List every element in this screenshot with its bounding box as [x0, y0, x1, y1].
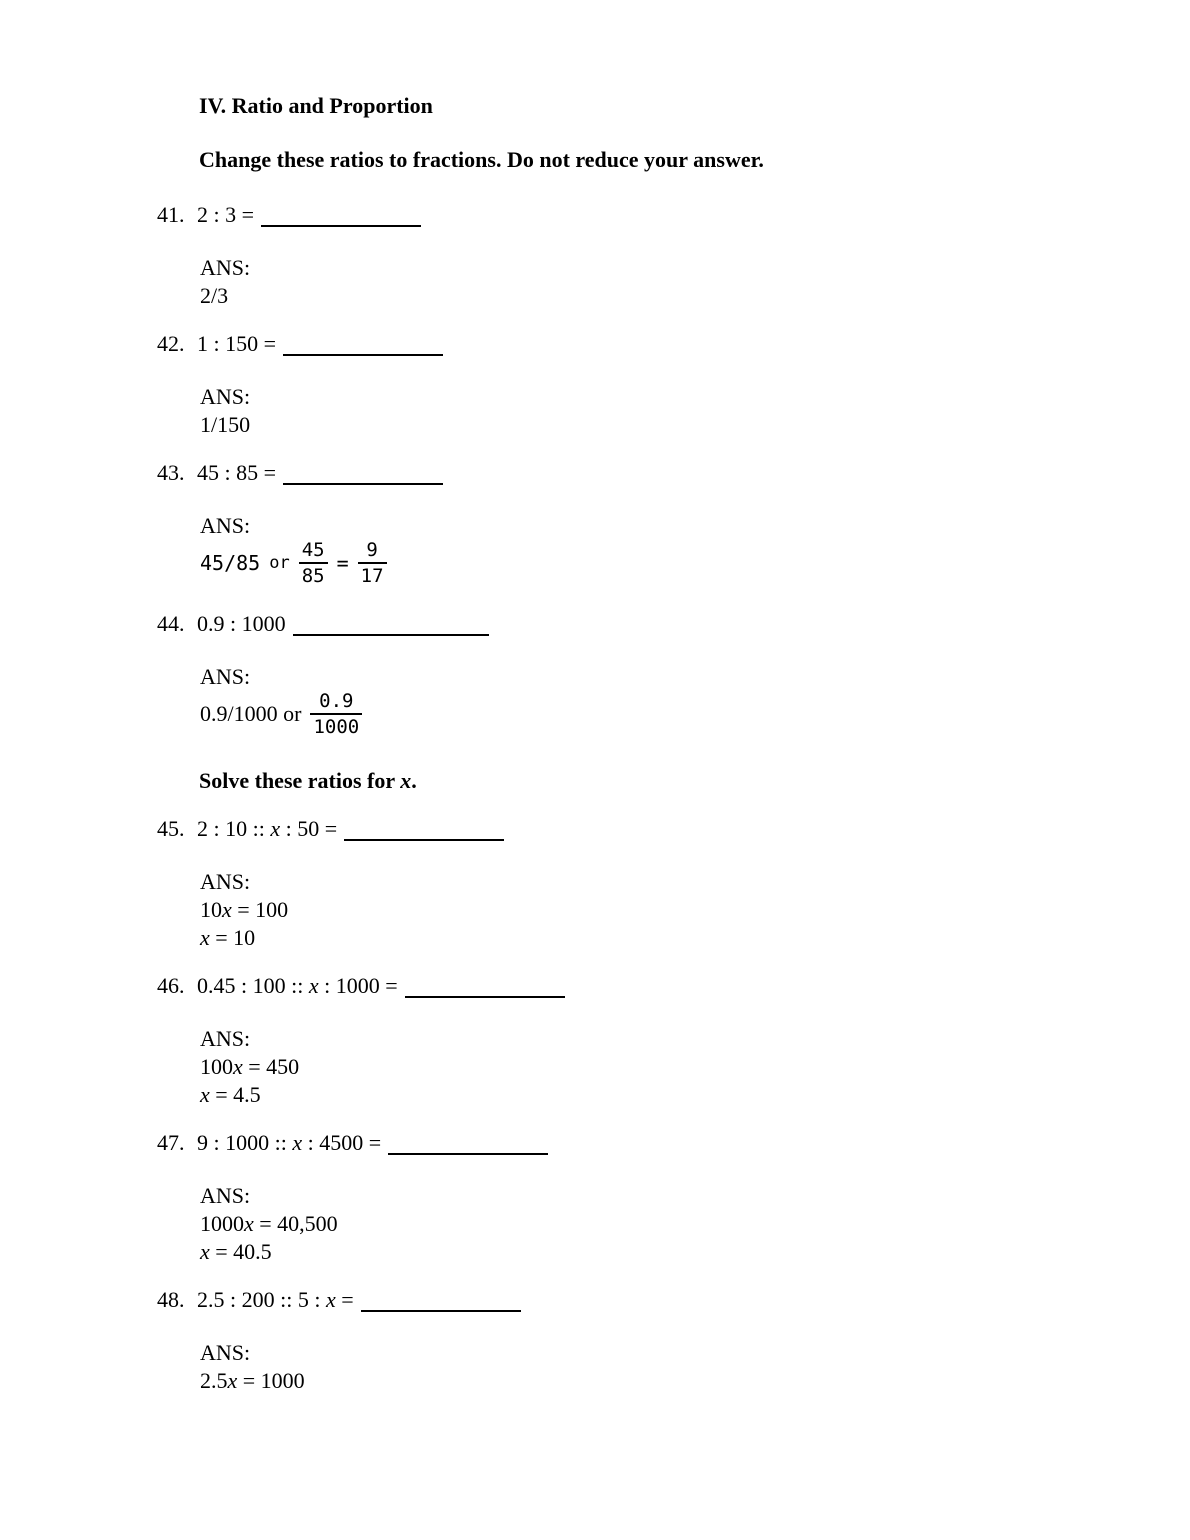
- answer-value: 2.5: [200, 1368, 228, 1393]
- variable-x: x: [200, 1082, 210, 1107]
- question-number: 48.: [157, 1286, 197, 1314]
- variable-x: x: [292, 1130, 302, 1155]
- question-text: 2 : 3 =: [197, 201, 421, 229]
- answer-value: 2/3: [200, 283, 228, 308]
- fraction: 0.91000: [310, 690, 362, 738]
- variable-x: x: [309, 973, 319, 998]
- question-43: 43. 45 : 85 =: [157, 459, 1110, 487]
- fraction-denominator: 85: [299, 564, 328, 587]
- question-41: 41. 2 : 3 =: [157, 201, 1110, 229]
- question-text: 9 : 1000 :: x : 4500 =: [197, 1129, 548, 1157]
- answer-blank: [261, 207, 421, 227]
- question-44: 44. 0.9 : 1000: [157, 610, 1110, 638]
- question-expression: 0.45 : 100 ::: [197, 973, 309, 998]
- fraction: 917: [358, 539, 387, 587]
- question-number: 42.: [157, 330, 197, 358]
- answer-equation: 45/85 or 4585 = 917: [200, 536, 1110, 590]
- question-number: 43.: [157, 459, 197, 487]
- answer-blank: [388, 1135, 548, 1155]
- answer-block-41: ANS: 2/3: [200, 254, 1110, 310]
- fraction-denominator: 1000: [310, 715, 362, 738]
- answer-blank: [344, 821, 504, 841]
- question-42: 42. 1 : 150 =: [157, 330, 1110, 358]
- answer-value: = 1000: [237, 1368, 304, 1393]
- answer-line: x = 10: [200, 924, 1110, 952]
- question-expression: : 50 =: [280, 816, 337, 841]
- ans-label: ANS:: [200, 383, 1110, 411]
- answer-blank: [283, 465, 443, 485]
- fraction-denominator: 17: [358, 564, 387, 587]
- answer-value: = 450: [243, 1054, 299, 1079]
- answer-line: 100x = 450: [200, 1053, 1110, 1081]
- answer-equation: 0.9/1000 or 0.91000: [200, 687, 1110, 741]
- answer-blank: [361, 1292, 521, 1312]
- question-expression: =: [336, 1287, 354, 1312]
- question-number: 44.: [157, 610, 197, 638]
- answer-blank: [293, 616, 489, 636]
- question-text: 45 : 85 =: [197, 459, 443, 487]
- variable-x: x: [222, 897, 232, 922]
- question-number: 47.: [157, 1129, 197, 1157]
- answer-value: = 100: [232, 897, 288, 922]
- answer-value: 10: [200, 897, 222, 922]
- answer-line: 2/3: [200, 282, 1110, 310]
- answer-value: = 10: [210, 925, 255, 950]
- answer-value: 1000: [200, 1211, 244, 1236]
- answer-value: = 40.5: [210, 1239, 272, 1264]
- question-expression: 45 : 85 =: [197, 460, 276, 485]
- question-text: 0.45 : 100 :: x : 1000 =: [197, 972, 565, 1000]
- variable-x: x: [228, 1368, 238, 1393]
- answer-block-43: ANS: 45/85 or 4585 = 917: [200, 512, 1110, 590]
- question-expression: : 4500 =: [302, 1130, 381, 1155]
- ans-label: ANS:: [200, 254, 1110, 282]
- variable-x: x: [244, 1211, 254, 1236]
- question-text: 2 : 10 :: x : 50 =: [197, 815, 504, 843]
- instruction-solve-for-x: Solve these ratios for x.: [199, 767, 1110, 795]
- answer-line: 1000x = 40,500: [200, 1210, 1110, 1238]
- variable-x: x: [400, 768, 411, 793]
- answer-block-47: ANS: 1000x = 40,500 x = 40.5: [200, 1182, 1110, 1266]
- worksheet-page: IV. Ratio and Proportion Change these ra…: [0, 0, 1190, 1395]
- variable-x: x: [200, 925, 210, 950]
- ans-label: ANS:: [200, 1025, 1110, 1053]
- section-heading: IV. Ratio and Proportion: [199, 92, 1110, 120]
- question-expression: 1 : 150 =: [197, 331, 276, 356]
- answer-block-48: ANS: 2.5x = 1000: [200, 1339, 1110, 1395]
- answer-line: 10x = 100: [200, 896, 1110, 924]
- answer-value: 100: [200, 1054, 233, 1079]
- answer-block-44: ANS: 0.9/1000 or 0.91000: [200, 663, 1110, 741]
- instruction-text: Solve these ratios for: [199, 768, 400, 793]
- answer-value: 0.9/1000 or: [200, 700, 301, 728]
- answer-value: 45/85: [200, 549, 260, 577]
- answer-block-45: ANS: 10x = 100 x = 10: [200, 868, 1110, 952]
- equals-sign: =: [337, 549, 349, 577]
- answer-line: 1/150: [200, 411, 1110, 439]
- fraction-numerator: 9: [358, 539, 387, 564]
- question-number: 41.: [157, 201, 197, 229]
- answer-value: = 4.5: [210, 1082, 261, 1107]
- question-expression: 2.5 : 200 :: 5 :: [197, 1287, 326, 1312]
- answer-block-42: ANS: 1/150: [200, 383, 1110, 439]
- variable-x: x: [270, 816, 280, 841]
- variable-x: x: [326, 1287, 336, 1312]
- fraction-numerator: 45: [299, 539, 328, 564]
- ans-label: ANS:: [200, 868, 1110, 896]
- answer-line: x = 40.5: [200, 1238, 1110, 1266]
- question-number: 45.: [157, 815, 197, 843]
- question-expression: 2 : 3 =: [197, 202, 254, 227]
- question-expression: 9 : 1000 ::: [197, 1130, 292, 1155]
- answer-line: x = 4.5: [200, 1081, 1110, 1109]
- instruction-change-ratios: Change these ratios to fractions. Do not…: [199, 146, 1110, 174]
- answer-value: 1/150: [200, 412, 250, 437]
- answer-blank: [283, 336, 443, 356]
- question-number: 46.: [157, 972, 197, 1000]
- question-47: 47. 9 : 1000 :: x : 4500 =: [157, 1129, 1110, 1157]
- question-text: 2.5 : 200 :: 5 : x =: [197, 1286, 521, 1314]
- question-expression: : 1000 =: [319, 973, 398, 998]
- answer-line: 2.5x = 1000: [200, 1367, 1110, 1395]
- question-48: 48. 2.5 : 200 :: 5 : x =: [157, 1286, 1110, 1314]
- question-expression: 0.9 : 1000: [197, 611, 286, 636]
- answer-blank: [405, 978, 565, 998]
- ans-label: ANS:: [200, 1182, 1110, 1210]
- or-text: or: [269, 549, 289, 577]
- answer-value: = 40,500: [254, 1211, 338, 1236]
- question-text: 0.9 : 1000: [197, 610, 489, 638]
- variable-x: x: [233, 1054, 243, 1079]
- answer-block-46: ANS: 100x = 450 x = 4.5: [200, 1025, 1110, 1109]
- ans-label: ANS:: [200, 1339, 1110, 1367]
- fraction-numerator: 0.9: [310, 690, 362, 715]
- question-expression: 2 : 10 ::: [197, 816, 270, 841]
- question-45: 45. 2 : 10 :: x : 50 =: [157, 815, 1110, 843]
- fraction: 4585: [299, 539, 328, 587]
- variable-x: x: [200, 1239, 210, 1264]
- question-text: 1 : 150 =: [197, 330, 443, 358]
- question-46: 46. 0.45 : 100 :: x : 1000 =: [157, 972, 1110, 1000]
- instruction-text: .: [411, 768, 417, 793]
